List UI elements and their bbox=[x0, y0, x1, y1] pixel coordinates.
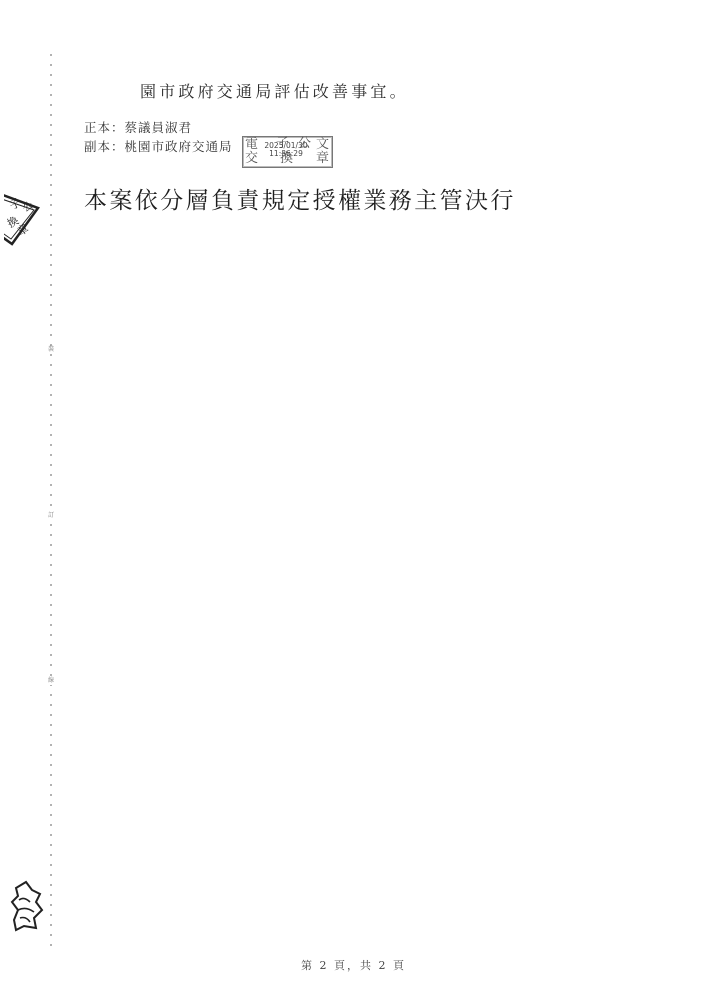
delegation-decision-text: 本案依分層負責規定授權業務主管決行 bbox=[84, 182, 516, 215]
agency-seal-top-icon: 子 公 換 章 bbox=[4, 184, 44, 248]
main-recipient-label: 正本： bbox=[84, 120, 125, 135]
cc-recipient-label: 副本： bbox=[84, 139, 125, 154]
stamp-char: 章 bbox=[316, 152, 329, 166]
stamp-char: 文 bbox=[316, 138, 329, 152]
main-recipient-value: 蔡議員淑君 bbox=[125, 120, 193, 135]
binding-mark-zhuang: 裝 bbox=[46, 346, 56, 354]
stamp-char: 交 bbox=[245, 152, 258, 166]
stamp-char: 電 bbox=[245, 138, 258, 152]
continued-body-text: 園市政府交通局評估改善事宜。 bbox=[140, 79, 409, 102]
binding-mark-ding: 訂 bbox=[46, 512, 56, 520]
electronic-exchange-stamp: 電 子 公 文 交 換 章 2025/01/30 11:36:29 bbox=[242, 136, 333, 168]
binding-dotted-line bbox=[50, 50, 52, 950]
cc-recipient-value: 桃園市政府交通局 bbox=[125, 139, 233, 154]
agency-seal-bottom-icon bbox=[10, 880, 44, 932]
page-footer: 第 2 頁，共 2 頁 bbox=[0, 957, 707, 973]
cc-recipient-row: 副本：桃園市政府交通局 bbox=[84, 137, 233, 155]
main-recipient-row: 正本：蔡議員淑君 bbox=[84, 118, 192, 136]
stamp-time: 11:36:29 bbox=[261, 150, 311, 158]
stamp-datetime: 2025/01/30 11:36:29 bbox=[261, 142, 311, 158]
binding-mark-xian: 線 bbox=[46, 677, 56, 685]
